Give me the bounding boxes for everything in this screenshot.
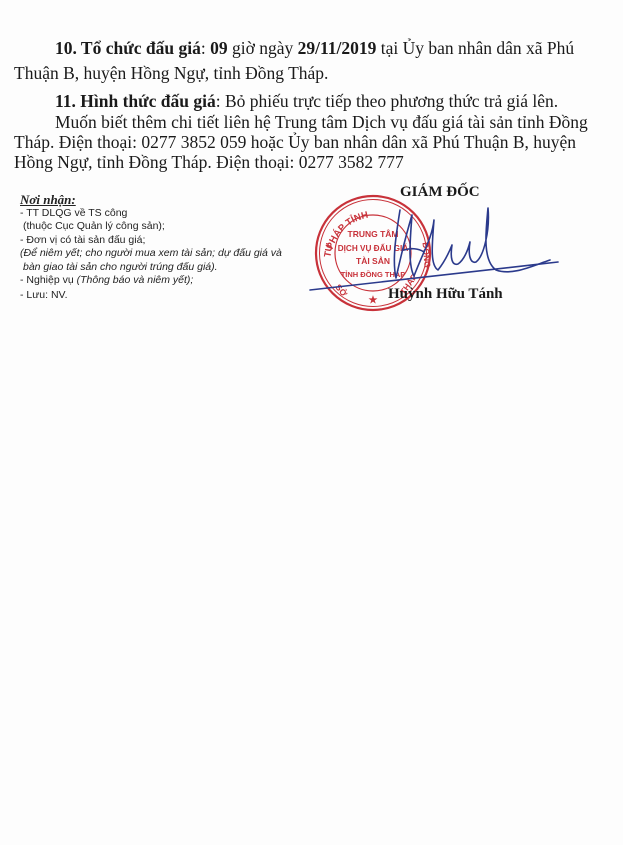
recipient-item: (thuộc Cục Quản lý công sản); bbox=[20, 220, 282, 233]
contact-line-2: Tháp. Điện thoại: 0277 3852 059 hoặc Ủy … bbox=[14, 132, 576, 152]
recipient-item-note: (Thông báo và niêm yết); bbox=[77, 274, 194, 286]
item-10-date: 29/11/2019 bbox=[298, 38, 377, 58]
item-10-line-1: 10. Tổ chức đấu giá: 09 giờ ngày 29/11/2… bbox=[55, 38, 574, 58]
signer-name: Huỳnh Hữu Tánh bbox=[388, 286, 503, 303]
item-11-label: 11. Hình thức đấu giá bbox=[55, 91, 216, 111]
recipient-item: - Lưu: NV. bbox=[20, 289, 282, 302]
recipients-title: Nơi nhận: bbox=[20, 192, 282, 207]
item-11-line: 11. Hình thức đấu giá: Bỏ phiếu trực tiế… bbox=[55, 91, 558, 111]
item-10-hour-text: giờ ngày bbox=[228, 38, 298, 58]
item-10-hour: 09 bbox=[210, 38, 228, 58]
item-10-rest: tại Ủy ban nhân dân xã Phú bbox=[376, 38, 574, 58]
recipient-item: - Đơn vị có tài sản đấu giá; bbox=[20, 234, 282, 247]
document-page: 10. Tổ chức đấu giá: 09 giờ ngày 29/11/2… bbox=[0, 0, 623, 845]
handwritten-signature bbox=[300, 190, 560, 300]
recipient-item: - TT DLQG về TS công bbox=[20, 207, 282, 220]
contact-line-1: Muốn biết thêm chi tiết liên hệ Trung tâ… bbox=[55, 112, 588, 132]
recipient-note: (Để niêm yết; cho người mua xem tài sản;… bbox=[20, 247, 282, 260]
item-10-sep: : bbox=[201, 38, 210, 58]
item-10-line-2: Thuận B, huyện Hồng Ngự, tỉnh Đồng Tháp. bbox=[14, 63, 328, 83]
recipients-block: Nơi nhận: - TT DLQG về TS công (thuộc Cụ… bbox=[20, 192, 282, 303]
item-11-text: : Bỏ phiếu trực tiếp theo phương thức tr… bbox=[216, 91, 558, 111]
contact-line-3: Hồng Ngự, tỉnh Đồng Tháp. Điện thoại: 02… bbox=[14, 152, 404, 172]
recipient-item: - Nghiệp vụ (Thông báo và niêm yết); bbox=[20, 274, 282, 287]
recipient-item-prefix: - Nghiệp vụ bbox=[20, 274, 77, 286]
item-10-label: 10. Tổ chức đấu giá bbox=[55, 38, 201, 58]
recipient-note: bàn giao tài sản cho người trúng đấu giá… bbox=[20, 261, 282, 274]
